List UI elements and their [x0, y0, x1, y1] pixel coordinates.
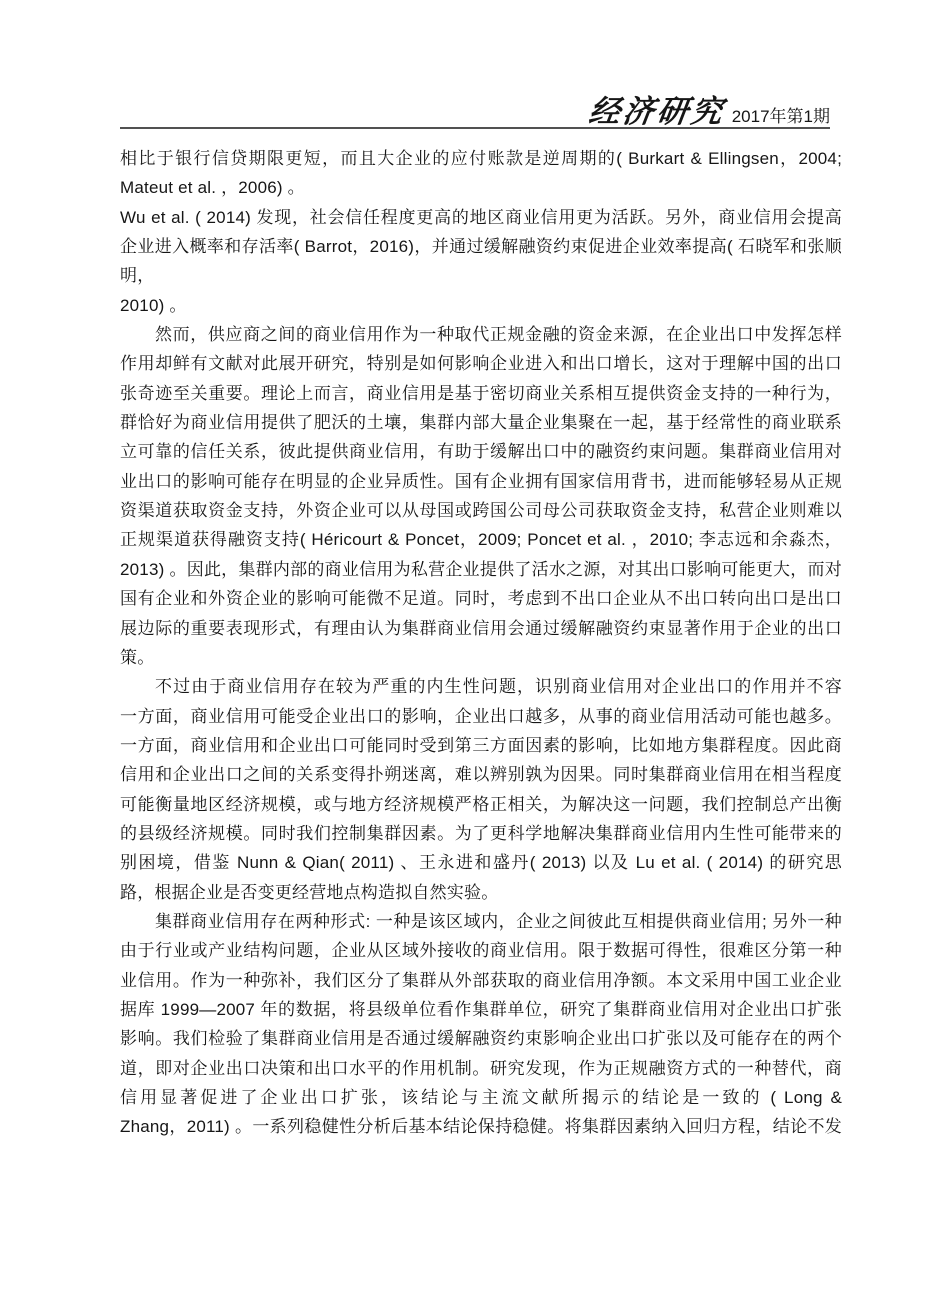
- text-line: 集群商业信用存在两种形式: 一种是该区域内，企业之间彼此互相提供商业信用; 另外…: [120, 907, 842, 936]
- text-line: 一方面，商业信用和企业出口可能同时受到第三方面因素的影响，比如地方集群程度。因此…: [120, 731, 842, 760]
- document-body: 相比于银行信贷期限更短，而且大企业的应付账款是逆周期的( Burkart & E…: [120, 144, 842, 1142]
- text-line: Zhang，2011) 。一系列稳健性分析后基本结论保持稳健。将集群因素纳入回归…: [120, 1112, 842, 1141]
- text-line: 影响。我们检验了集群商业信用是否通过缓解融资约束影响企业出口扩张以及可能存在的两…: [120, 1024, 842, 1053]
- text-line: 一方面，商业信用可能受企业出口的影响，企业出口越多，从事的商业信用活动可能也越多…: [120, 702, 842, 731]
- text-line: 张奇迹至关重要。理论上而言，商业信用是基于密切商业关系相互提供资金支持的一种行为…: [120, 379, 842, 408]
- journal-logo: 经济研究: [587, 97, 727, 128]
- text-line: Mateut et al. ，2006) 。: [120, 173, 842, 202]
- text-line: Wu et al. ( 2014) 发现，社会信任程度更高的地区商业信用更为活跃…: [120, 203, 842, 232]
- text-line: 由于行业或产业结构问题，企业从区域外接收的商业信用。限于数据可得性，很难区分第一…: [120, 936, 842, 965]
- text-line: 立可靠的信任关系，彼此提供商业信用，有助于缓解出口中的融资约束问题。集群商业信用…: [120, 437, 842, 466]
- journal-header: 经济研究 2017年第1期: [120, 84, 830, 128]
- text-line: 路，根据企业是否变更经营地点构造拟自然实验。: [120, 878, 842, 907]
- text-line: 企业进入概率和存活率( Barrot，2016)，并通过缓解融资约束促进企业效率…: [120, 232, 842, 261]
- text-line: 的县级经济规模。同时我们控制集群因素。为了更科学地解决集群商业信用内生性可能带来…: [120, 819, 842, 848]
- document-page: 经济研究 2017年第1期 相比于银行信贷期限更短，而且大企业的应付账款是逆周期…: [0, 0, 950, 1312]
- text-line: 群恰好为商业信用提供了肥沃的土壤，集群内部大量企业集聚在一起，基于经常性的商业联…: [120, 408, 842, 437]
- text-line: 正规渠道获得融资支持( Héricourt & Poncet，2009; Pon…: [120, 525, 842, 554]
- text-line: 信用显著促进了企业出口扩张，该结论与主流文献所揭示的结论是一致的 ( Long …: [120, 1083, 842, 1112]
- text-line: 2013) 。因此，集群内部的商业信用为私营企业提供了活水之源，对其出口影响可能…: [120, 555, 842, 584]
- text-line: 业信用。作为一种弥补，我们区分了集群从外部获取的商业信用净额。本文采用中国工业企…: [120, 966, 842, 995]
- text-line: 业出口的影响可能存在明显的企业异质性。国有企业拥有国家信用背书，进而能够轻易从正…: [120, 467, 842, 496]
- text-line: 然而，供应商之间的商业信用作为一种取代正规金融的资金来源，在企业出口中发挥怎样的: [120, 320, 842, 349]
- text-line: 资渠道获取资金支持，外资企业可以从母国或跨国公司母公司获取资金支持，私营企业则难…: [120, 496, 842, 525]
- text-line: 2010) 。: [120, 291, 842, 320]
- text-line: 据库 1999—2007 年的数据，将县级单位看作集群单位，研究了集群商业信用对…: [120, 995, 842, 1024]
- text-line: 道，即对企业出口决策和出口水平的作用机制。研究发现，作为正规融资方式的一种替代，…: [120, 1054, 842, 1083]
- text-line: 不过由于商业信用存在较为严重的内生性问题，识别商业信用对企业出口的作用并不容易。: [120, 672, 842, 701]
- text-line: 明，: [120, 261, 842, 290]
- text-line: 可能衡量地区经济规模，或与地方经济规模严格正相关，为解决这一问题，我们控制总产出…: [120, 790, 842, 819]
- issue-label: 2017年第1期: [732, 108, 830, 128]
- text-line: 展边际的重要表现形式，有理由认为集群商业信用会通过缓解融资约束显著作用于企业的出…: [120, 614, 842, 643]
- text-line: 策。: [120, 643, 842, 672]
- text-line: 国有企业和外资企业的影响可能微不足道。同时，考虑到不出口企业从不出口转向出口是出…: [120, 584, 842, 613]
- text-line: 别困境，借鉴 Nunn & Qian( 2011) 、王永进和盛丹( 2013)…: [120, 848, 842, 877]
- header-divider: [120, 127, 830, 129]
- text-line: 作用却鲜有文献对此展开研究，特别是如何影响企业进入和出口增长，这对于理解中国的出…: [120, 349, 842, 378]
- text-line: 相比于银行信贷期限更短，而且大企业的应付账款是逆周期的( Burkart & E…: [120, 144, 842, 173]
- text-line: 信用和企业出口之间的关系变得扑朔迷离，难以辨别孰为因果。同时集群商业信用在相当程…: [120, 760, 842, 789]
